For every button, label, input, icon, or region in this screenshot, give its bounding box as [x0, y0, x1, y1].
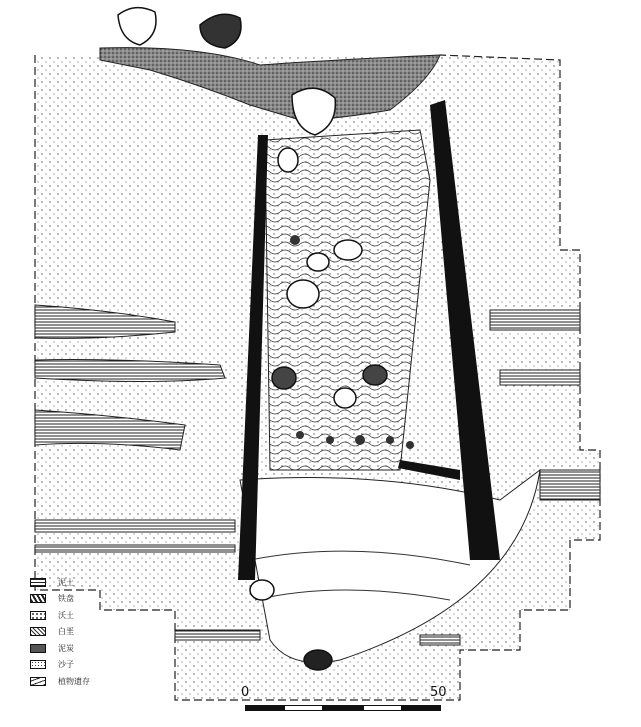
legend-item-clay: 泥土	[30, 574, 90, 591]
legend: 泥土 铁盘 沃土 白垩 泥炭 沙子 植物遗存	[30, 574, 90, 690]
legend-item-loam: 沃土	[30, 607, 90, 624]
legend-item-iron-pan: 铁盘	[30, 591, 90, 608]
peat-swatch-icon	[30, 644, 46, 653]
clay-swatch-icon	[30, 578, 46, 587]
legend-item-peat: 泥炭	[30, 640, 90, 657]
iron-pan-swatch-icon	[30, 594, 46, 603]
legend-item-plant-remains: 植物遗存	[30, 673, 90, 690]
scale-end-label: 50	[430, 685, 447, 700]
sand-swatch-icon	[30, 660, 46, 669]
legend-item-sand: 沙子	[30, 657, 90, 674]
scale-start-label: 0	[241, 685, 249, 700]
section-drawing	[0, 0, 641, 727]
plant-remains-swatch-icon	[30, 677, 46, 686]
chalk-swatch-icon	[30, 627, 46, 636]
loam-swatch-icon	[30, 611, 46, 620]
scale-bar-graphic	[245, 705, 441, 711]
legend-item-chalk: 白垩	[30, 624, 90, 641]
